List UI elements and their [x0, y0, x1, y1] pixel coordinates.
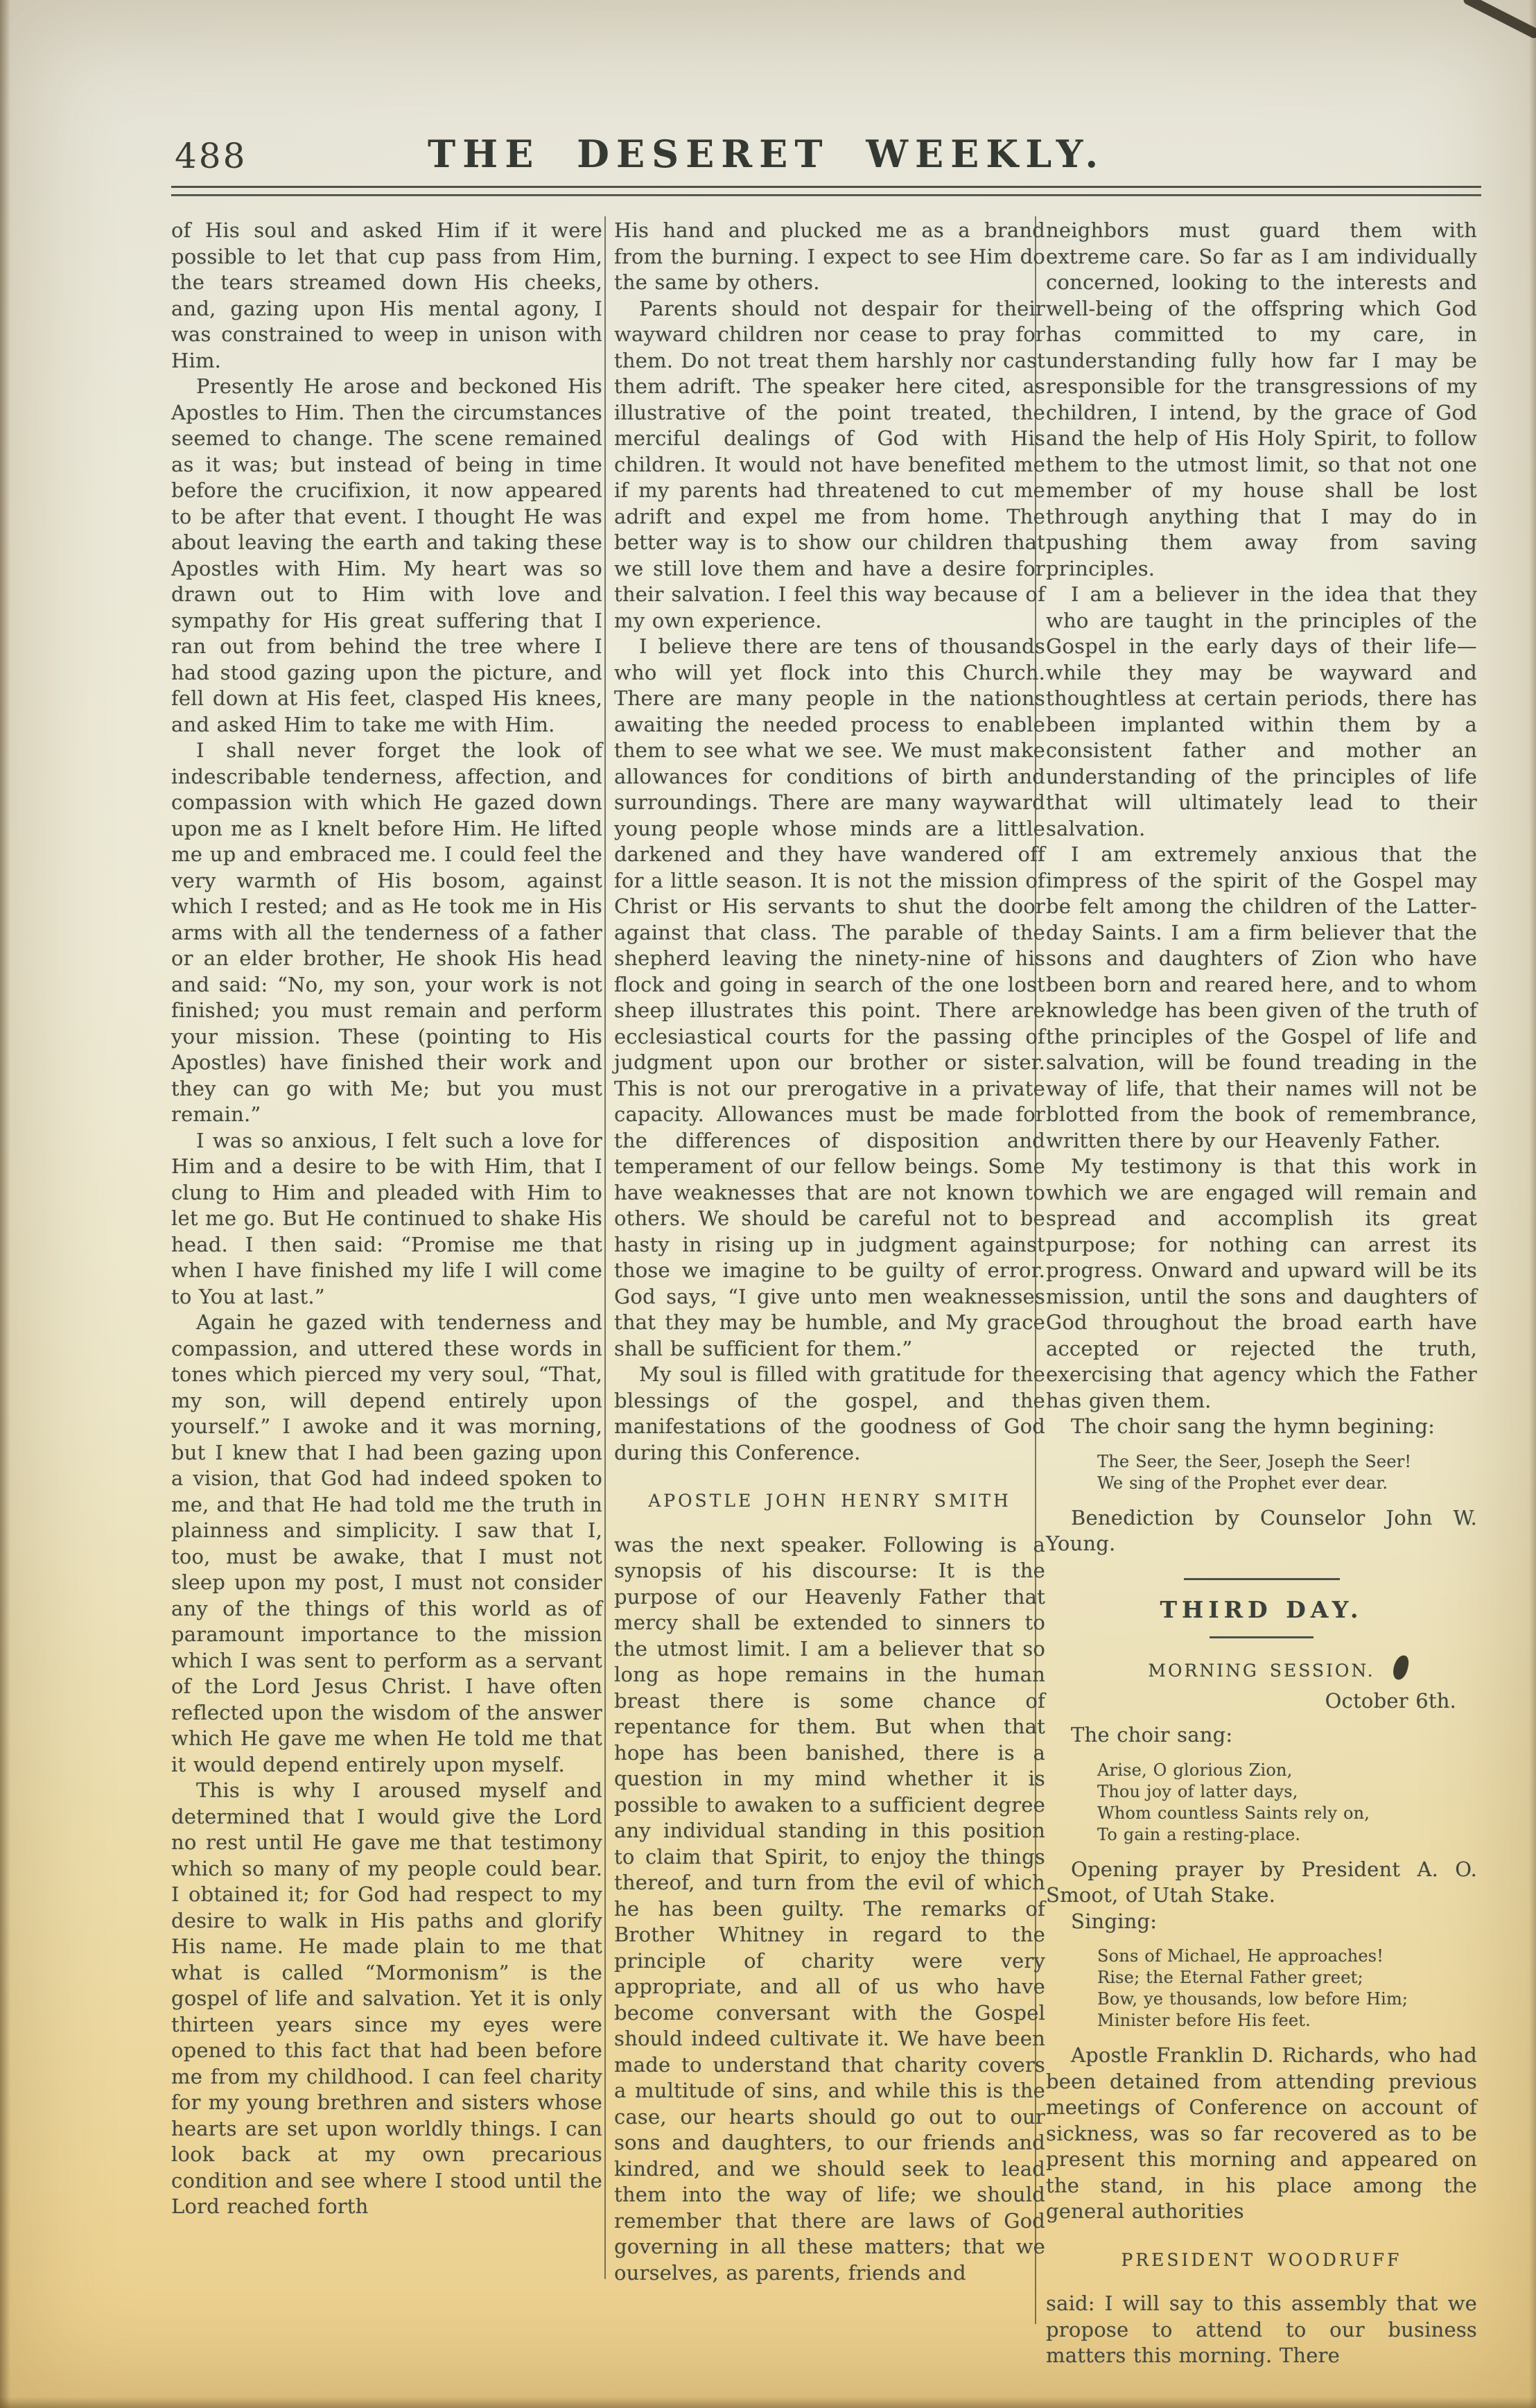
paragraph: I believe there are tens of thousands wh… — [614, 634, 1045, 1362]
divider-rule — [1184, 1578, 1340, 1580]
paragraph: Presently He arose and beckoned His Apos… — [171, 374, 602, 738]
column-2: His hand and plucked me as a brand from … — [614, 218, 1045, 2286]
paragraph: Benediction by Counselor John W. Young. — [1046, 1505, 1477, 1557]
hymn-verse: Sons of Michael, He approaches! Rise; th… — [1097, 1946, 1477, 2032]
paragraph: Parents should not despair for their way… — [614, 296, 1045, 634]
masthead: THE DESERET WEEKLY. — [428, 132, 982, 176]
morning-session-heading: MORNING SESSION. — [1046, 1658, 1477, 1684]
hymn-verse: Arise, O glorious Zion, Thou joy of latt… — [1097, 1760, 1477, 1846]
paragraph: My soul is filled with gratitude for the… — [614, 1362, 1045, 1466]
paragraph: Singing: — [1046, 1909, 1477, 1935]
paragraph: Opening prayer by President A. O. Smoot,… — [1046, 1857, 1477, 1909]
paragraph: Apostle Franklin D. Richards, who had be… — [1046, 2043, 1477, 2225]
column-3: neighbors must guard them with extreme c… — [1046, 218, 1477, 2369]
paragraph: Again he gazed with tenderness and compa… — [171, 1310, 602, 1778]
president-subheading: PRESIDENT WOODRUFF — [1046, 2247, 1477, 2273]
header-rule — [171, 186, 1481, 196]
column-divider-1 — [604, 216, 606, 2279]
page-number: 488 — [175, 136, 247, 176]
paragraph: of His soul and asked Him if it were pos… — [171, 218, 602, 374]
apostle-subheading: APOSTLE JOHN HENRY SMITH — [614, 1488, 1045, 1514]
column-1: of His soul and asked Him if it were pos… — [171, 218, 602, 2220]
paragraph: The choir sang: — [1046, 1722, 1477, 1749]
paragraph: I was so anxious, I felt such a love for… — [171, 1128, 602, 1310]
hymn-verse: The Seer, the Seer, Joseph the Seer! We … — [1097, 1451, 1477, 1494]
session-heading-row: MORNING SESSION. — [1046, 1658, 1477, 1684]
date-line: October 6th. — [1046, 1688, 1456, 1715]
scanned-page: 488 THE DESERET WEEKLY. of His soul and … — [0, 0, 1536, 2408]
third-day-heading: THIRD DAY. — [1046, 1597, 1477, 1623]
page-edge-left — [0, 0, 10, 2408]
paragraph: was the next speaker. Following is a syn… — [614, 1532, 1045, 2287]
page-edge-right — [1529, 0, 1536, 2408]
divider-rule — [1210, 1636, 1314, 1638]
paragraph: The choir sang the hymn begining: — [1046, 1414, 1477, 1440]
paragraph: My testimony is that this work in which … — [1046, 1154, 1477, 1414]
paragraph: I am a believer in the idea that they wh… — [1046, 582, 1477, 842]
page-corner-mark — [1462, 0, 1536, 40]
paragraph: said: I will say to this assembly that w… — [1046, 2291, 1477, 2369]
paragraph: This is why I aroused myself and determi… — [171, 1778, 602, 2220]
paragraph: I shall never forget the look of indescr… — [171, 738, 602, 1128]
paragraph: neighbors must guard them with extreme c… — [1046, 218, 1477, 582]
paragraph: I am extremely anxious that the impress … — [1046, 842, 1477, 1154]
paragraph: His hand and plucked me as a brand from … — [614, 218, 1045, 296]
page-edge-bottom — [0, 2397, 1536, 2408]
